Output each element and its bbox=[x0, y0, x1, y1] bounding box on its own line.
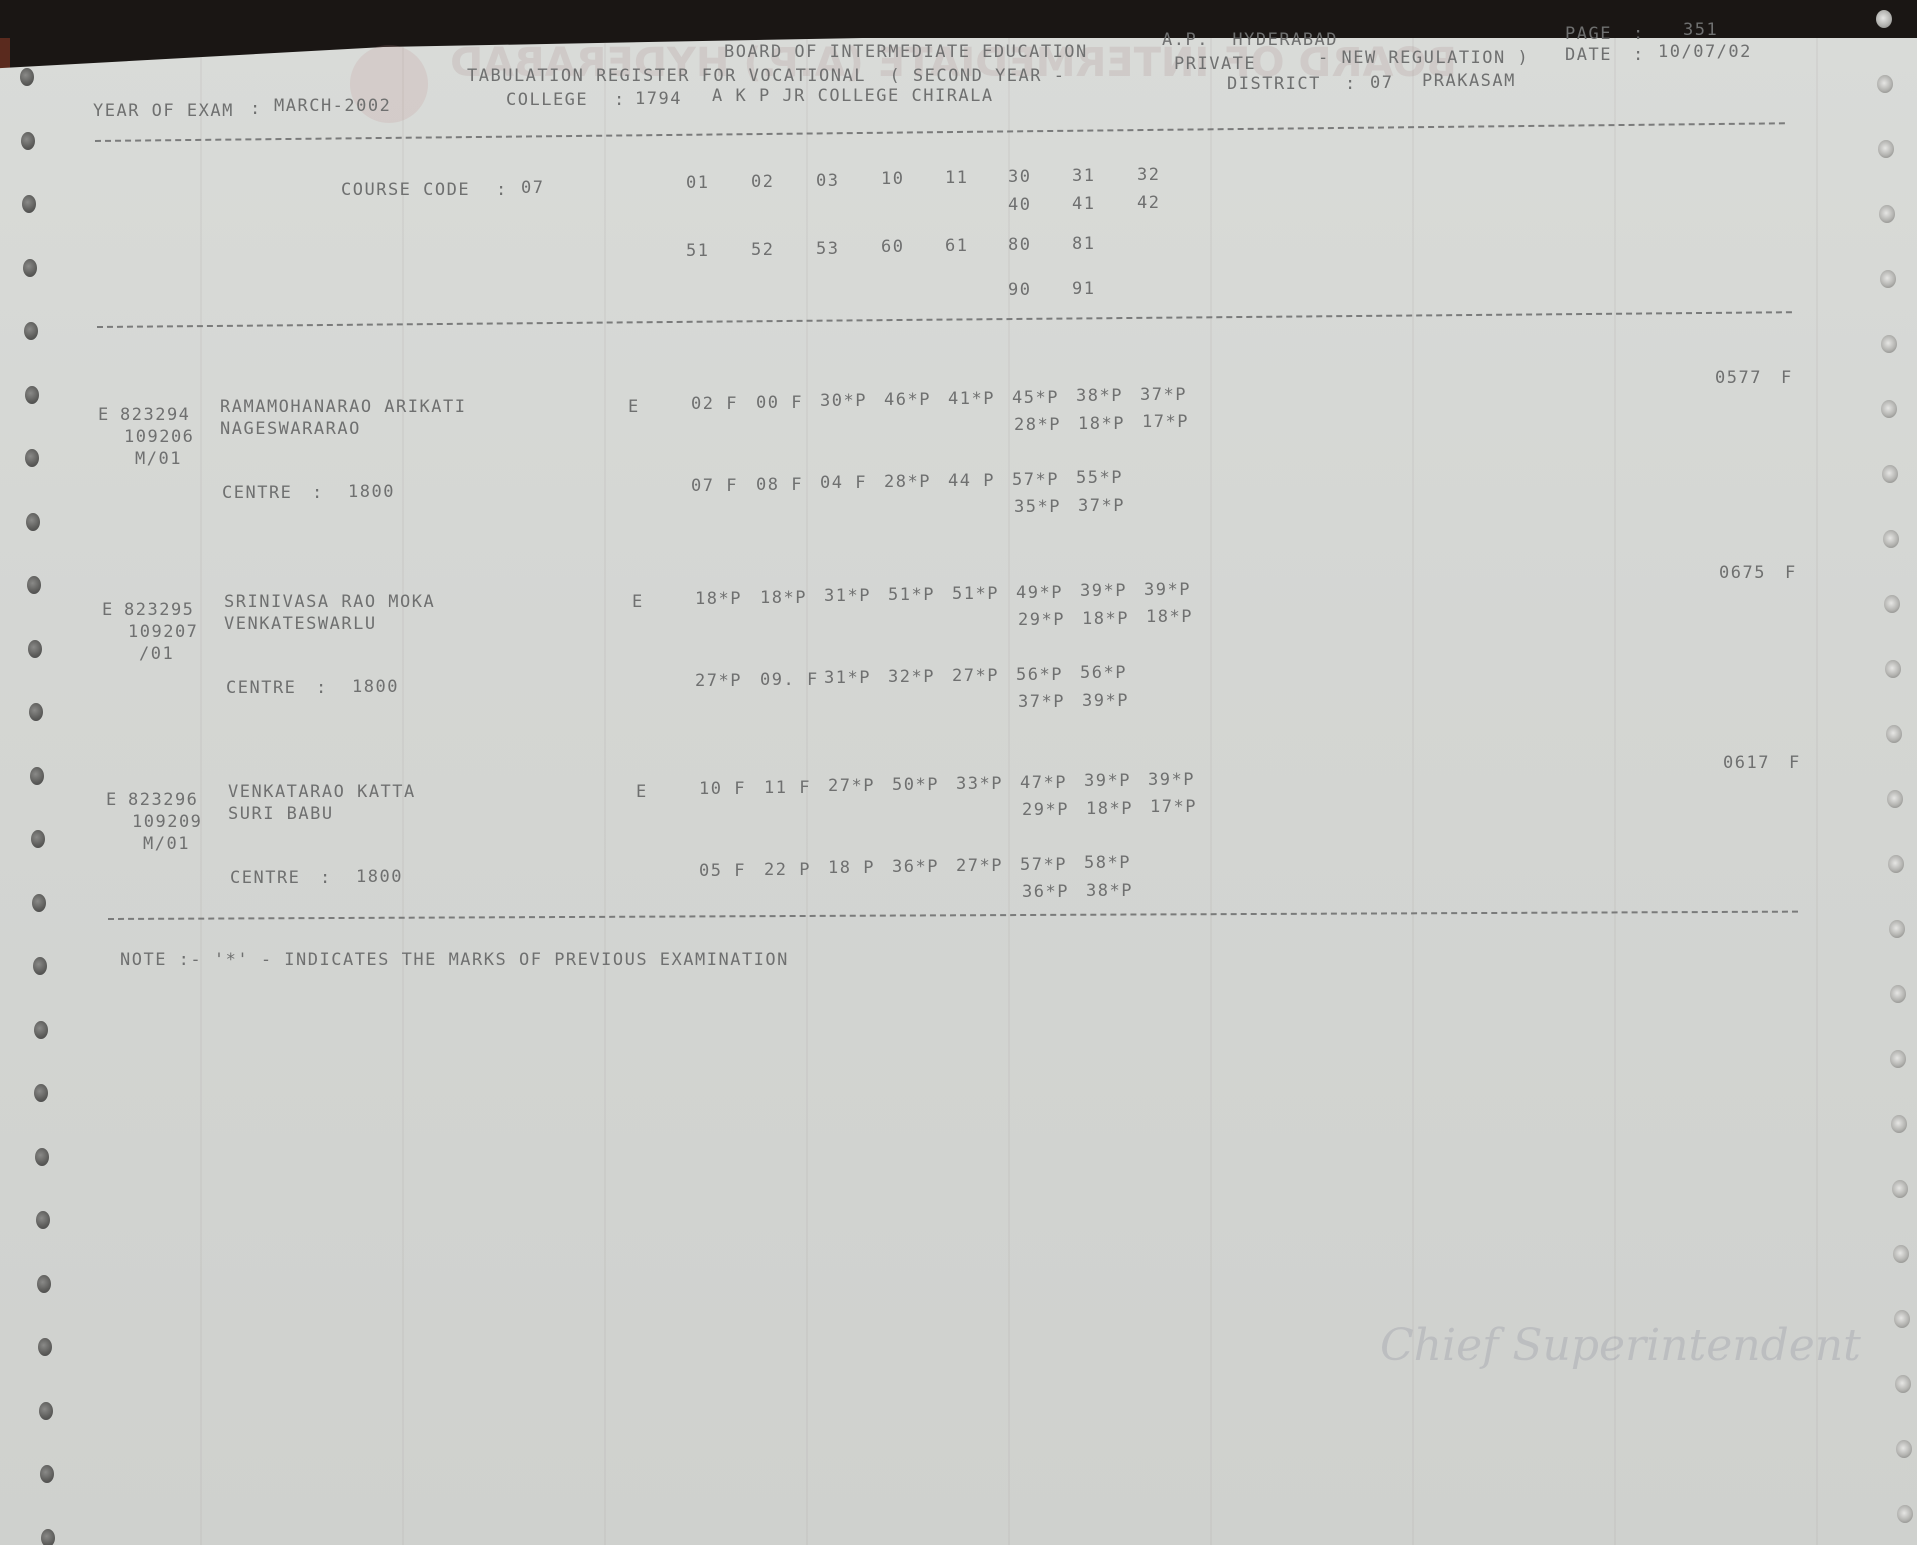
date-value: 10/07/02 bbox=[1658, 42, 1752, 62]
mark: 38*P bbox=[1076, 386, 1123, 406]
mark: 09. F bbox=[760, 670, 819, 690]
result-status: F bbox=[1789, 753, 1801, 773]
student-name: SRINIVASA RAO MOKA bbox=[224, 592, 435, 612]
hall-ticket-number: 823296 bbox=[128, 790, 198, 810]
mark: 57*P bbox=[1012, 470, 1059, 490]
page-label: PAGE bbox=[1565, 24, 1612, 44]
sprocket-hole bbox=[1885, 660, 1901, 678]
subject-code: 30 bbox=[1008, 167, 1031, 187]
subject-code: 81 bbox=[1072, 234, 1095, 254]
sprocket-hole bbox=[22, 195, 36, 213]
sex-code: M/01 bbox=[135, 449, 182, 469]
subject-code: 60 bbox=[881, 237, 904, 257]
mark: 36*P bbox=[1022, 882, 1069, 902]
sprocket-hole bbox=[41, 1529, 55, 1545]
subject-code: 31 bbox=[1072, 166, 1095, 186]
mark: 28*P bbox=[884, 472, 931, 492]
sprocket-hole bbox=[1890, 985, 1906, 1003]
year-of-exam-label: YEAR OF EXAM bbox=[93, 101, 234, 121]
mark: 56*P bbox=[1016, 665, 1063, 685]
mark: 31*P bbox=[824, 586, 871, 606]
sprocket-hole bbox=[37, 1275, 51, 1293]
student-name: RAMAMOHANARAO ARIKATI bbox=[220, 397, 466, 417]
mark: 18*P bbox=[1146, 607, 1193, 627]
mark: 28*P bbox=[1014, 415, 1061, 435]
college-sep: : bbox=[614, 90, 626, 110]
sprocket-hole bbox=[35, 1148, 49, 1166]
total-marks: 0675 bbox=[1719, 563, 1766, 583]
mark: 37*P bbox=[1018, 692, 1065, 712]
father-name: SURI BABU bbox=[228, 804, 334, 824]
mark: 05 F bbox=[699, 861, 746, 881]
mark: 27*P bbox=[952, 666, 999, 686]
footer-note: NOTE :- '*' - INDICATES THE MARKS OF PRE… bbox=[120, 950, 789, 970]
mark: 39*P bbox=[1084, 771, 1131, 791]
sprocket-hole bbox=[1880, 270, 1896, 288]
district-label: DISTRICT bbox=[1227, 74, 1321, 94]
centre-label: CENTRE bbox=[230, 868, 300, 888]
centre-sep: : bbox=[320, 868, 332, 888]
mark: 55*P bbox=[1076, 468, 1123, 488]
mark: 44 P bbox=[948, 471, 995, 491]
district-code: 07 bbox=[1370, 73, 1393, 93]
prefix: E bbox=[102, 600, 114, 620]
mark: 18*P bbox=[1078, 414, 1125, 434]
mark: 27*P bbox=[956, 856, 1003, 876]
mark: 18*P bbox=[1086, 799, 1133, 819]
subject-code: 80 bbox=[1008, 235, 1031, 255]
centre-code: 1800 bbox=[356, 867, 403, 887]
mark: 41*P bbox=[948, 389, 995, 409]
subject-code: 51 bbox=[686, 241, 709, 261]
date-label: DATE bbox=[1565, 45, 1612, 65]
medium: E bbox=[636, 782, 648, 802]
mark: 11 F bbox=[764, 778, 811, 798]
father-name: NAGESWARARAO bbox=[220, 419, 361, 439]
sprocket-hole bbox=[1887, 790, 1903, 808]
subject-code: 52 bbox=[751, 240, 774, 260]
sprocket-hole bbox=[38, 1338, 52, 1356]
sprocket-hole bbox=[26, 513, 40, 531]
mark: 07 F bbox=[691, 476, 738, 496]
sprocket-hole bbox=[20, 68, 34, 86]
result-status: F bbox=[1785, 563, 1797, 583]
sprocket-hole bbox=[25, 386, 39, 404]
mark: 37*P bbox=[1140, 385, 1187, 405]
subject-code: 42 bbox=[1137, 193, 1160, 213]
sex-code: /01 bbox=[139, 644, 174, 664]
mark: 10 F bbox=[699, 779, 746, 799]
subject-code: 02 bbox=[751, 172, 774, 192]
register-number: 109206 bbox=[124, 427, 194, 447]
mark: 18*P bbox=[760, 588, 807, 608]
year-sep: : bbox=[250, 99, 262, 119]
mark: 50*P bbox=[892, 775, 939, 795]
sprocket-hole bbox=[1886, 725, 1902, 743]
centre-code: 1800 bbox=[348, 482, 395, 502]
mark: 35*P bbox=[1014, 497, 1061, 517]
course-code-sep: : bbox=[496, 180, 508, 200]
mark: 57*P bbox=[1020, 855, 1067, 875]
sprocket-hole bbox=[40, 1465, 54, 1483]
mark: 02 F bbox=[691, 394, 738, 414]
centre-label: CENTRE bbox=[222, 483, 292, 503]
college-label: COLLEGE bbox=[506, 90, 588, 110]
centre-sep: : bbox=[312, 483, 324, 503]
mark: 51*P bbox=[888, 585, 935, 605]
mark: 17*P bbox=[1150, 797, 1197, 817]
subject-code: 11 bbox=[945, 168, 968, 188]
register-number: 109207 bbox=[128, 622, 198, 642]
mark: 47*P bbox=[1020, 773, 1067, 793]
mark: 18*P bbox=[1082, 609, 1129, 629]
mark: 51*P bbox=[952, 584, 999, 604]
subject-code: 40 bbox=[1008, 195, 1031, 215]
course-code-label: COURSE CODE bbox=[341, 180, 470, 200]
board-title: BOARD OF INTERMEDIATE EDUCATION bbox=[724, 42, 1088, 62]
board-location: A.P. HYDERABAD bbox=[1162, 30, 1338, 50]
mark: 39*P bbox=[1080, 581, 1127, 601]
total-marks: 0617 bbox=[1723, 753, 1770, 773]
sprocket-hole bbox=[23, 259, 37, 277]
centre-sep: : bbox=[316, 678, 328, 698]
mark: 30*P bbox=[820, 391, 867, 411]
mark: 22 P bbox=[764, 860, 811, 880]
centre-label: CENTRE bbox=[226, 678, 296, 698]
mark: 39*P bbox=[1082, 691, 1129, 711]
mark: 31*P bbox=[824, 668, 871, 688]
subject-code: 32 bbox=[1137, 165, 1160, 185]
sprocket-hole bbox=[1889, 920, 1905, 938]
total-marks: 0577 bbox=[1715, 368, 1762, 388]
sex-code: M/01 bbox=[143, 834, 190, 854]
sprocket-hole bbox=[34, 1021, 48, 1039]
mark: 32*P bbox=[888, 667, 935, 687]
sprocket-hole bbox=[1893, 1245, 1909, 1263]
sprocket-hole bbox=[1881, 335, 1897, 353]
subject-code: 91 bbox=[1072, 279, 1095, 299]
page-sep: : bbox=[1633, 24, 1645, 44]
sprocket-hole bbox=[21, 132, 35, 150]
course-code-value: 07 bbox=[521, 178, 544, 198]
sprocket-hole bbox=[30, 767, 44, 785]
mark: 56*P bbox=[1080, 663, 1127, 683]
sprocket-hole bbox=[31, 830, 45, 848]
register-title: TABULATION REGISTER FOR VOCATIONAL ( SEC… bbox=[467, 66, 1065, 86]
page-number: 351 bbox=[1683, 20, 1718, 40]
mark: 36*P bbox=[892, 857, 939, 877]
sprocket-hole bbox=[24, 322, 38, 340]
mark: 29*P bbox=[1022, 800, 1069, 820]
mark: 00 F bbox=[756, 393, 803, 413]
student-name: VENKATARAO KATTA bbox=[228, 782, 416, 802]
mark: 46*P bbox=[884, 390, 931, 410]
mark: 27*P bbox=[695, 671, 742, 691]
mark: 18 P bbox=[828, 858, 875, 878]
district-name: PRAKASAM bbox=[1422, 71, 1516, 91]
sprocket-hole bbox=[1888, 855, 1904, 873]
subject-code: 01 bbox=[686, 173, 709, 193]
mark: 08 F bbox=[756, 475, 803, 495]
regulation: - NEW REGULATION ) bbox=[1318, 48, 1529, 68]
college-code: 1794 bbox=[635, 89, 682, 109]
subject-code: 10 bbox=[881, 169, 904, 189]
mark: 33*P bbox=[956, 774, 1003, 794]
mark: 37*P bbox=[1078, 496, 1125, 516]
subject-code: 90 bbox=[1008, 280, 1031, 300]
result-status: F bbox=[1781, 368, 1793, 388]
sprocket-hole bbox=[28, 640, 42, 658]
sprocket-hole bbox=[1884, 595, 1900, 613]
sprocket-hole bbox=[29, 703, 43, 721]
year-of-exam: MARCH-2002 bbox=[274, 96, 391, 116]
college-name: A K P JR COLLEGE CHIRALA bbox=[712, 86, 994, 106]
prefix: E bbox=[106, 790, 118, 810]
date-sep: : bbox=[1633, 45, 1645, 65]
sprocket-hole bbox=[1897, 1505, 1913, 1523]
subject-code: 61 bbox=[945, 236, 968, 256]
mark: 04 F bbox=[820, 473, 867, 493]
father-name: VENKATESWARLU bbox=[224, 614, 377, 634]
sprocket-hole bbox=[1894, 1310, 1910, 1328]
register-number: 109209 bbox=[132, 812, 202, 832]
mark: 58*P bbox=[1084, 853, 1131, 873]
signature-bleedthrough: Chief Superintendent bbox=[1380, 1320, 1861, 1371]
hall-ticket-number: 823295 bbox=[124, 600, 194, 620]
mark: 45*P bbox=[1012, 388, 1059, 408]
mark: 18*P bbox=[695, 589, 742, 609]
sprocket-hole bbox=[33, 957, 47, 975]
mark: 39*P bbox=[1148, 770, 1195, 790]
mark: 49*P bbox=[1016, 583, 1063, 603]
mark: 17*P bbox=[1142, 412, 1189, 432]
mark: 38*P bbox=[1086, 881, 1133, 901]
subject-code: 41 bbox=[1072, 194, 1095, 214]
mark: 39*P bbox=[1144, 580, 1191, 600]
sprocket-hole bbox=[1895, 1375, 1911, 1393]
sprocket-hole bbox=[39, 1402, 53, 1420]
sprocket-hole bbox=[1878, 140, 1894, 158]
centre-code: 1800 bbox=[352, 677, 399, 697]
prefix: E bbox=[98, 405, 110, 425]
sprocket-hole bbox=[1876, 10, 1892, 28]
category: PRIVATE bbox=[1174, 54, 1256, 74]
hall-ticket-number: 823294 bbox=[120, 405, 190, 425]
mark: 29*P bbox=[1018, 610, 1065, 630]
sprocket-hole bbox=[1896, 1440, 1912, 1458]
sprocket-hole bbox=[1879, 205, 1895, 223]
subject-code: 03 bbox=[816, 171, 839, 191]
district-sep: : bbox=[1345, 74, 1357, 94]
sprocket-hole bbox=[1877, 75, 1893, 93]
medium: E bbox=[628, 397, 640, 417]
subject-code: 53 bbox=[816, 239, 839, 259]
sprocket-hole bbox=[32, 894, 46, 912]
mark: 27*P bbox=[828, 776, 875, 796]
medium: E bbox=[632, 592, 644, 612]
